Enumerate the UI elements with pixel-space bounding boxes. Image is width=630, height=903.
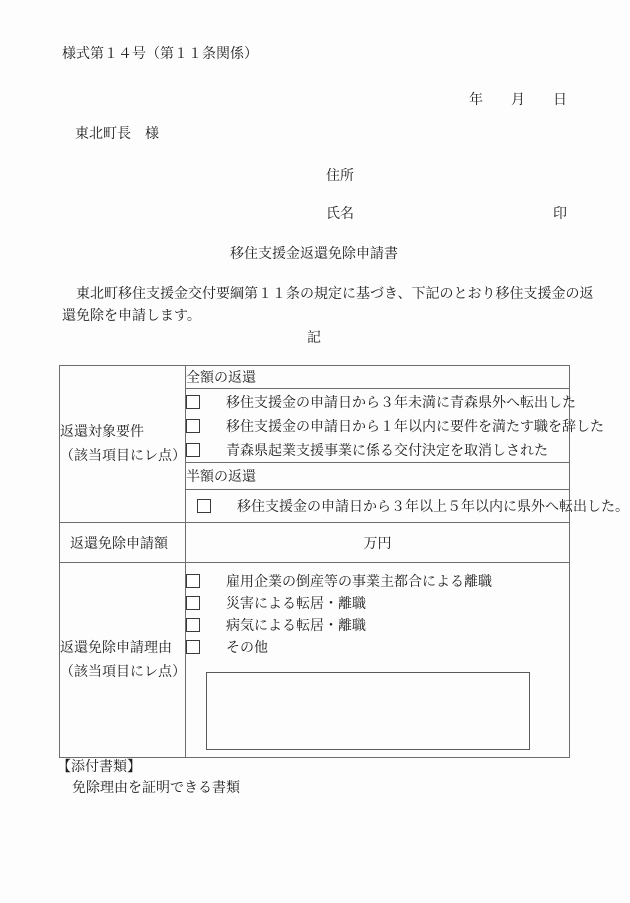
row-label-return-requirements: 返還対象要件 （該当項目にレ点） <box>60 366 186 523</box>
checkbox-label: 雇用企業の倒産等の事業主都合による離職 <box>226 571 492 591</box>
section-marker-ki: 記 <box>59 331 569 345</box>
exemption-amount-cell[interactable]: 万円 <box>186 523 570 563</box>
other-reason-textbox[interactable] <box>206 672 530 750</box>
checkbox-icon[interactable] <box>186 574 200 588</box>
checkbox-item: その他 <box>186 636 569 658</box>
body-paragraph-line2: 還免除を申請します。 <box>62 309 201 323</box>
checkbox-item: 雇用企業の倒産等の事業主都合による離職 <box>186 570 569 592</box>
attachments-item: 免除理由を証明できる書類 <box>72 781 240 795</box>
checkbox-label: 移住支援金の申請日から３年以上５年以内に県外へ転出した。 <box>237 496 629 516</box>
exemption-reason-note: （該当項目にレ点） <box>60 660 185 684</box>
checkbox-item: 災害による転居・離職 <box>186 592 569 614</box>
checkbox-item: 病気による転居・離職 <box>186 614 569 636</box>
return-requirements-label: 返還対象要件 <box>60 420 185 444</box>
date-line: 年 月 日 <box>469 93 567 107</box>
checkbox-label: その他 <box>226 637 268 657</box>
checkbox-icon[interactable] <box>186 395 200 409</box>
checkbox-icon[interactable] <box>186 596 200 610</box>
addressee-label: 東北町長 様 <box>75 127 159 141</box>
half-return-checkbox-group: 移住支援金の申請日から３年以上５年以内に県外へ転出した。 <box>186 490 570 523</box>
half-return-subheader: 半額の返還 <box>186 463 570 490</box>
amount-unit-label: 万円 <box>364 536 392 552</box>
document-page: 様式第１４号（第１１条関係） 年 月 日 東北町長 様 住所 氏名 印 移住支援… <box>0 0 630 903</box>
checkbox-icon[interactable] <box>186 640 200 654</box>
checkbox-label: 青森県起業支援事業に係る交付決定を取消しされた <box>226 440 548 460</box>
row-label-exemption-amount: 返還免除申請額 <box>60 523 186 563</box>
full-return-checkbox-group: 移住支援金の申請日から３年未満に青森県外へ転出した 移住支援金の申請日から１年以… <box>186 389 570 463</box>
full-return-subheader: 全額の返還 <box>186 366 570 389</box>
checkbox-icon[interactable] <box>197 499 211 513</box>
form-number-label: 様式第１４号（第１１条関係） <box>62 47 258 61</box>
address-label: 住所 <box>326 169 354 183</box>
checkbox-item: 移住支援金の申請日から３年以上５年以内に県外へ転出した。 <box>197 494 565 518</box>
seal-label: 印 <box>553 207 567 221</box>
exemption-reason-checkbox-group: 雇用企業の倒産等の事業主都合による離職 災害による転居・離職 病気による転居・離… <box>186 563 570 758</box>
return-requirements-note: （該当項目にレ点） <box>60 444 185 468</box>
checkbox-icon[interactable] <box>186 419 200 433</box>
checkbox-label: 災害による転居・離職 <box>226 593 366 613</box>
row-label-exemption-reason: 返還免除申請理由 （該当項目にレ点） <box>60 563 186 758</box>
checkbox-label: 移住支援金の申請日から１年以内に要件を満たす職を辞した <box>226 416 604 436</box>
checkbox-item: 移住支援金の申請日から３年未満に青森県外へ転出した <box>186 390 569 414</box>
exemption-reason-label: 返還免除申請理由 <box>60 636 185 660</box>
checkbox-icon[interactable] <box>186 443 200 457</box>
checkbox-label: 病気による転居・離職 <box>226 615 366 635</box>
checkbox-item: 青森県起業支援事業に係る交付決定を取消しされた <box>186 438 569 462</box>
attachments-heading: 【添付書類】 <box>57 760 141 774</box>
checkbox-icon[interactable] <box>186 618 200 632</box>
document-title: 移住支援金返還免除申請書 <box>59 247 569 261</box>
body-paragraph-line1: 東北町移住支援金交付要綱第１１条の規定に基づき、下記のとおり移住支援金の返 <box>62 287 593 301</box>
checkbox-label: 移住支援金の申請日から３年未満に青森県外へ転出した <box>226 392 576 412</box>
name-label: 氏名 <box>326 207 354 221</box>
checkbox-item: 移住支援金の申請日から１年以内に要件を満たす職を辞した <box>186 414 569 438</box>
application-table: 返還対象要件 （該当項目にレ点） 全額の返還 移住支援金の申請日から３年未満に青… <box>59 365 570 758</box>
